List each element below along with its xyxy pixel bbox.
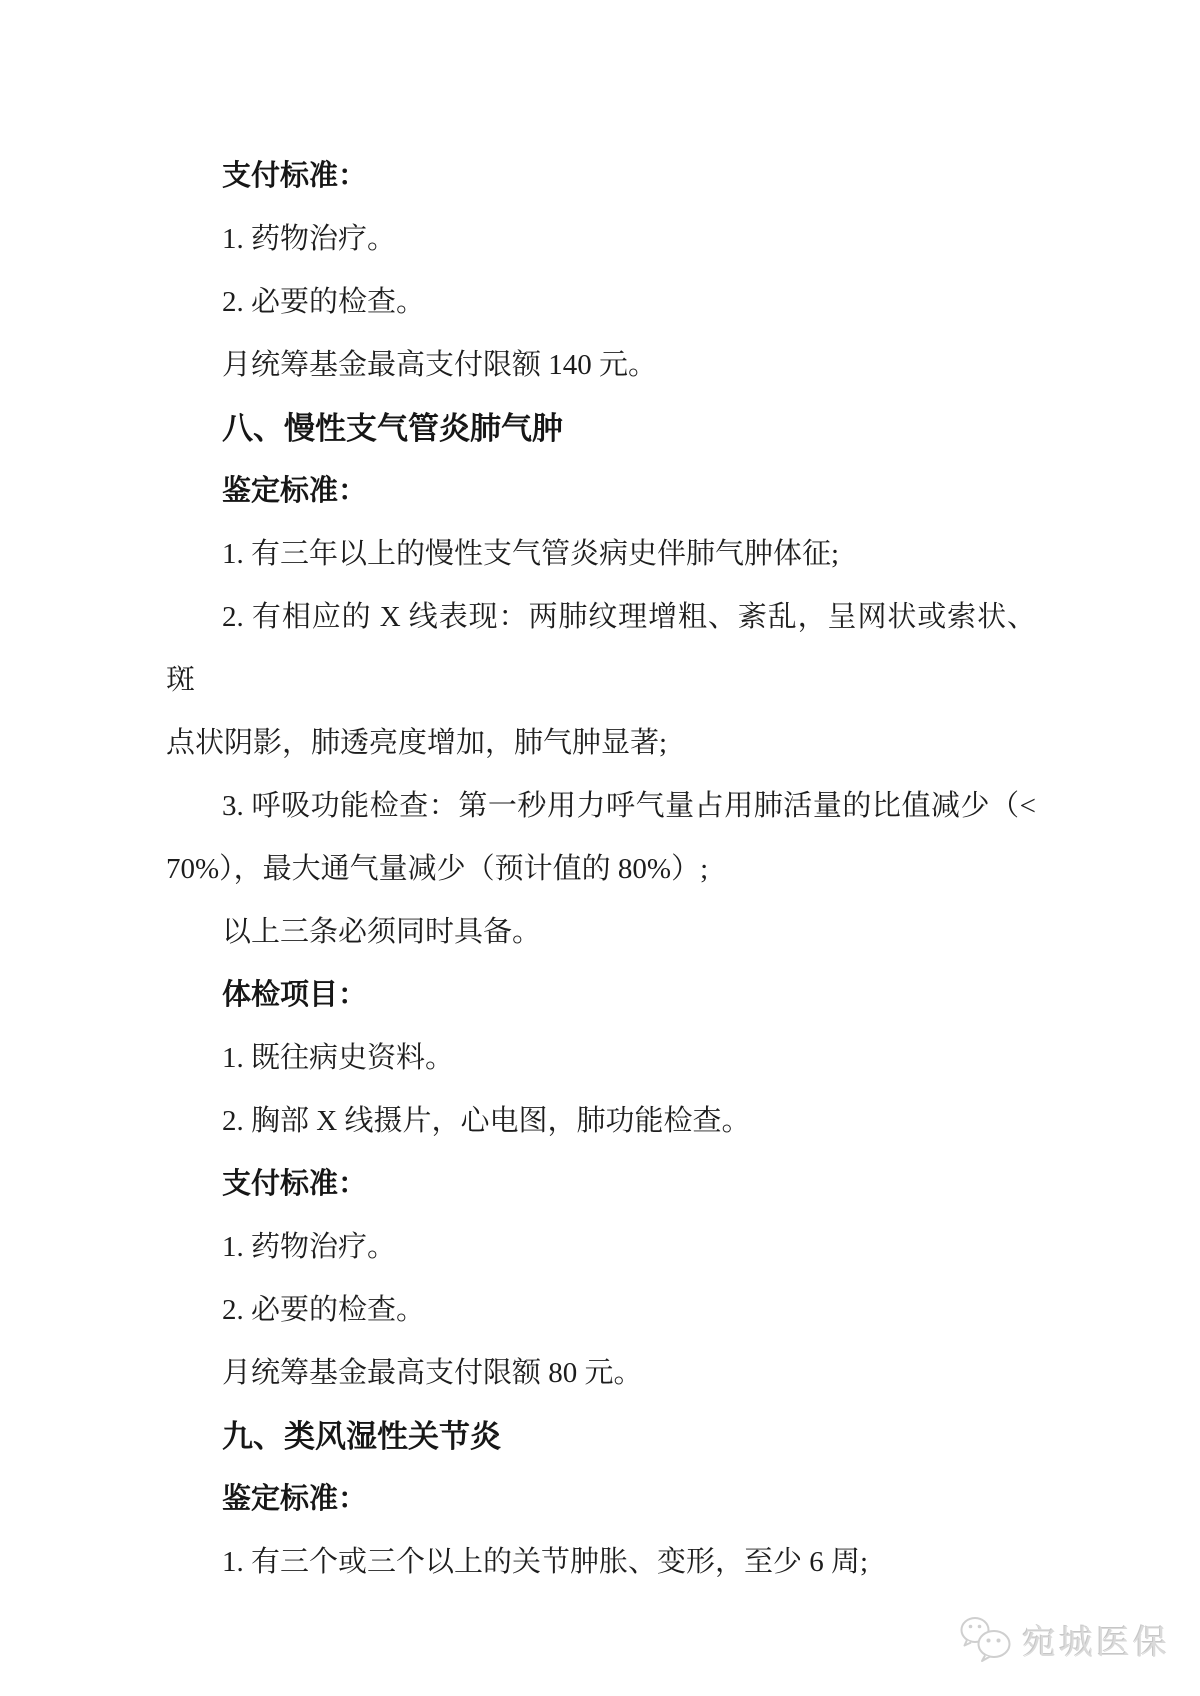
body-line: 月统筹基金最高支付限额 140 元。 bbox=[166, 334, 1036, 397]
body-line: 2. 必要的检查。 bbox=[166, 271, 1036, 334]
section-heading: 八、慢性支气管炎肺气肿 bbox=[166, 397, 1036, 460]
body-line: 1. 药物治疗。 bbox=[166, 208, 1036, 271]
body-line-continuation: 70%），最大通气量减少（预计值的 80%）; bbox=[166, 838, 1036, 901]
body-line: 2. 必要的检查。 bbox=[166, 1279, 1036, 1342]
body-line: 2. 胸部 X 线摄片，心电图，肺功能检查。 bbox=[166, 1090, 1036, 1153]
body-line: 以上三条必须同时具备。 bbox=[166, 901, 1036, 964]
run-in-heading: 支付标准： bbox=[166, 145, 1036, 208]
body-line: 3. 呼吸功能检查：第一秒用力呼气量占用肺活量的比值减少（< bbox=[166, 775, 1036, 838]
document-page: 支付标准： 1. 药物治疗。 2. 必要的检查。 月统筹基金最高支付限额 140… bbox=[0, 0, 1200, 1696]
body-line: 月统筹基金最高支付限额 80 元。 bbox=[166, 1342, 1036, 1405]
brand-watermark: 宛城医保 bbox=[958, 1612, 1170, 1666]
body-line: 1. 药物治疗。 bbox=[166, 1216, 1036, 1279]
body-line: 1. 有三年以上的慢性支气管炎病史伴肺气肿体征; bbox=[166, 523, 1036, 586]
body-line: 2. 有相应的 X 线表现：两肺纹理增粗、紊乱，呈网状或索状、斑 bbox=[166, 586, 1036, 712]
body-line: 1. 既往病史资料。 bbox=[166, 1027, 1036, 1090]
brand-name: 宛城医保 bbox=[1022, 1615, 1170, 1664]
document-body: 支付标准： 1. 药物治疗。 2. 必要的检查。 月统筹基金最高支付限额 140… bbox=[166, 145, 1036, 1594]
section-heading: 九、类风湿性关节炎 bbox=[166, 1405, 1036, 1468]
run-in-heading: 体检项目： bbox=[166, 964, 1036, 1027]
run-in-heading: 鉴定标准： bbox=[166, 460, 1036, 523]
body-line-continuation: 点状阴影，肺透亮度增加，肺气肿显著; bbox=[166, 712, 1036, 775]
run-in-heading: 鉴定标准： bbox=[166, 1468, 1036, 1531]
run-in-heading: 支付标准： bbox=[166, 1153, 1036, 1216]
body-line: 1. 有三个或三个以上的关节肿胀、变形，至少 6 周; bbox=[166, 1531, 1036, 1594]
wechat-icon bbox=[958, 1615, 1014, 1663]
